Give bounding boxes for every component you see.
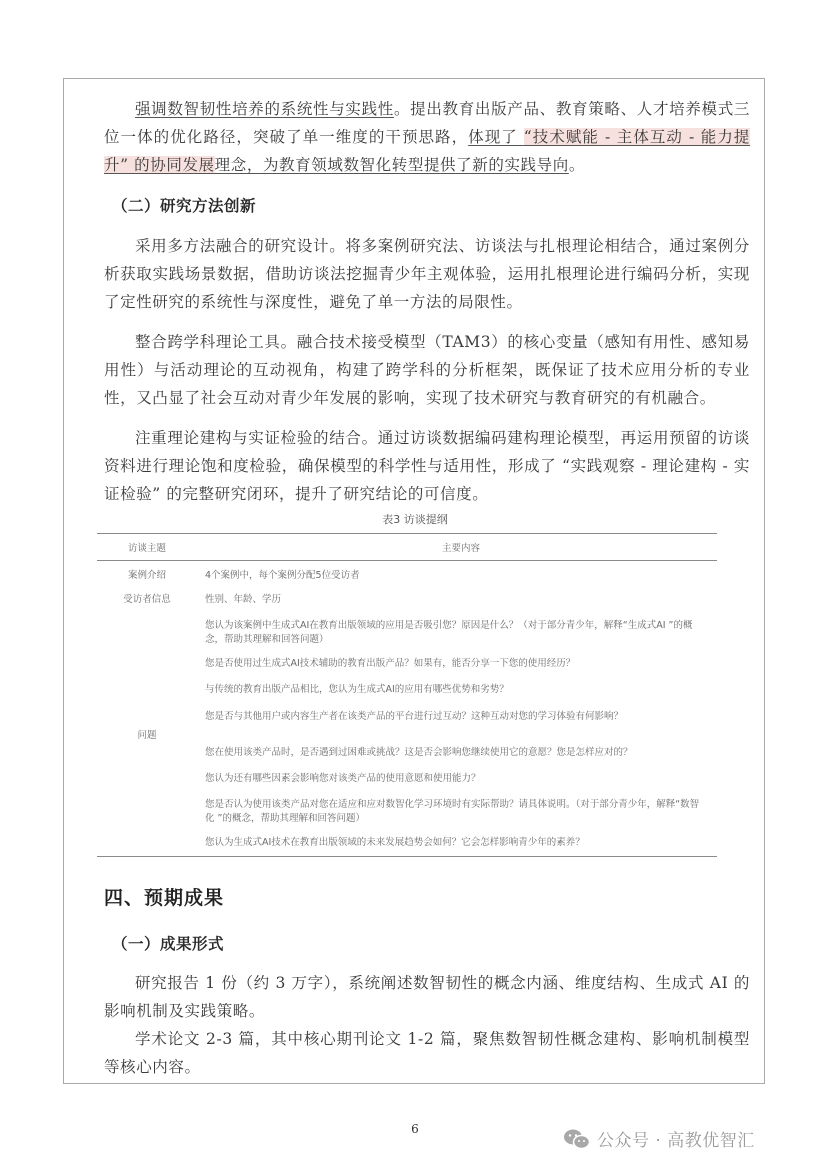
intro-paragraph: 强调数智韧性培养的系统性与实践性。提出教育出版产品、教育策略、人才培养模式三位一… <box>104 95 750 179</box>
question-item: 您认为还有哪些因素会影响您对该类产品的使用意愿和使用能力？ <box>205 772 705 786</box>
outcomes-paragraph-1: 研究报告 1 份（约 3 万字），系统阐述数智韧性的概念内涵、维度结构、生成式 … <box>104 969 750 1025</box>
table-row-content: 4个案例中，每个案例分配5位受访者 <box>205 569 705 583</box>
section-heading-outcomes: 四、预期成果 <box>104 883 224 910</box>
table-top-rule <box>97 533 717 534</box>
question-item: 您是否认为使用该类产品对您在适应和应对数智化学习环境时有实际帮助？请具体说明。（… <box>205 798 705 826</box>
question-item: 您认为生成式AI技术在教育出版领域的未来发展趋势会如何？它会怎样影响青少年的素养… <box>205 836 705 850</box>
text-run: 。 <box>569 156 585 174</box>
table-row-content: 性别、年龄、学历 <box>205 593 705 607</box>
table-row-topic: 受访者信息 <box>97 593 197 607</box>
subsection-heading-outcome-forms: （一）成果形式 <box>112 932 224 954</box>
table-bottom-rule <box>97 856 717 857</box>
question-item: 与传统的教育出版产品相比，您认为生成式AI的应用有哪些优势和劣势？ <box>205 683 705 697</box>
underlined-phrase: 理念，为教育领域数智化转型提供了新的实践导向 <box>215 156 569 174</box>
methods-paragraph-2: 整合跨学科理论工具。融合技术接受模型（TAM3）的核心变量（感知有用性、感知易用… <box>104 328 750 412</box>
question-item: 您是否与其他用户或内容生产者在该类产品的平台进行过互动？这种互动对您的学习体验有… <box>205 710 705 724</box>
table-row-topic: 案例介绍 <box>97 569 197 583</box>
watermark: 公众号 · 高教优智汇 <box>563 1126 755 1151</box>
underlined-phrase: 强调数智韧性培养的系统性与实践性 <box>135 100 394 118</box>
table-row-topic-questions: 问题 <box>97 729 197 743</box>
question-item: 您在使用该类产品时，是否遇到过困难或挑战？这是否会影响您继续使用它的意愿？您是怎… <box>205 746 705 760</box>
watermark-text: 公众号 · 高教优智汇 <box>597 1126 755 1151</box>
table-header-topic: 访谈主题 <box>97 542 197 556</box>
question-item: 您认为该案例中生成式AI在教育出版领域的应用是否吸引您？原因是什么？（对于部分青… <box>205 619 705 647</box>
document-page: 强调数智韧性培养的系统性与实践性。提出教育出版产品、教育策略、人才培养模式三位一… <box>63 78 765 1084</box>
methods-paragraph-3: 注重理论建构与实证检验的结合。通过访谈数据编码建构理论模型，再运用预留的访谈资料… <box>104 424 750 508</box>
methods-paragraph-1: 采用多方法融合的研究设计。将多案例研究法、访谈法与扎根理论相结合，通过案例分析获… <box>104 232 750 316</box>
wechat-icon <box>563 1128 591 1150</box>
underlined-phrase: 体现了 <box>468 128 524 146</box>
table-header-rule <box>97 560 717 561</box>
table-header-content: 主要内容 <box>205 542 717 556</box>
section-heading-methods: （二）研究方法创新 <box>112 194 256 216</box>
question-item: 您是否使用过生成式AI技术辅助的教育出版产品？如果有，能否分享一下您的使用经历？ <box>205 657 705 671</box>
outcomes-paragraph-2: 学术论文 2-3 篇，其中核心期刊论文 1-2 篇，聚焦数智韧性概念建构、影响机… <box>104 1025 750 1081</box>
table-caption: 表3 访谈提纲 <box>64 511 766 527</box>
